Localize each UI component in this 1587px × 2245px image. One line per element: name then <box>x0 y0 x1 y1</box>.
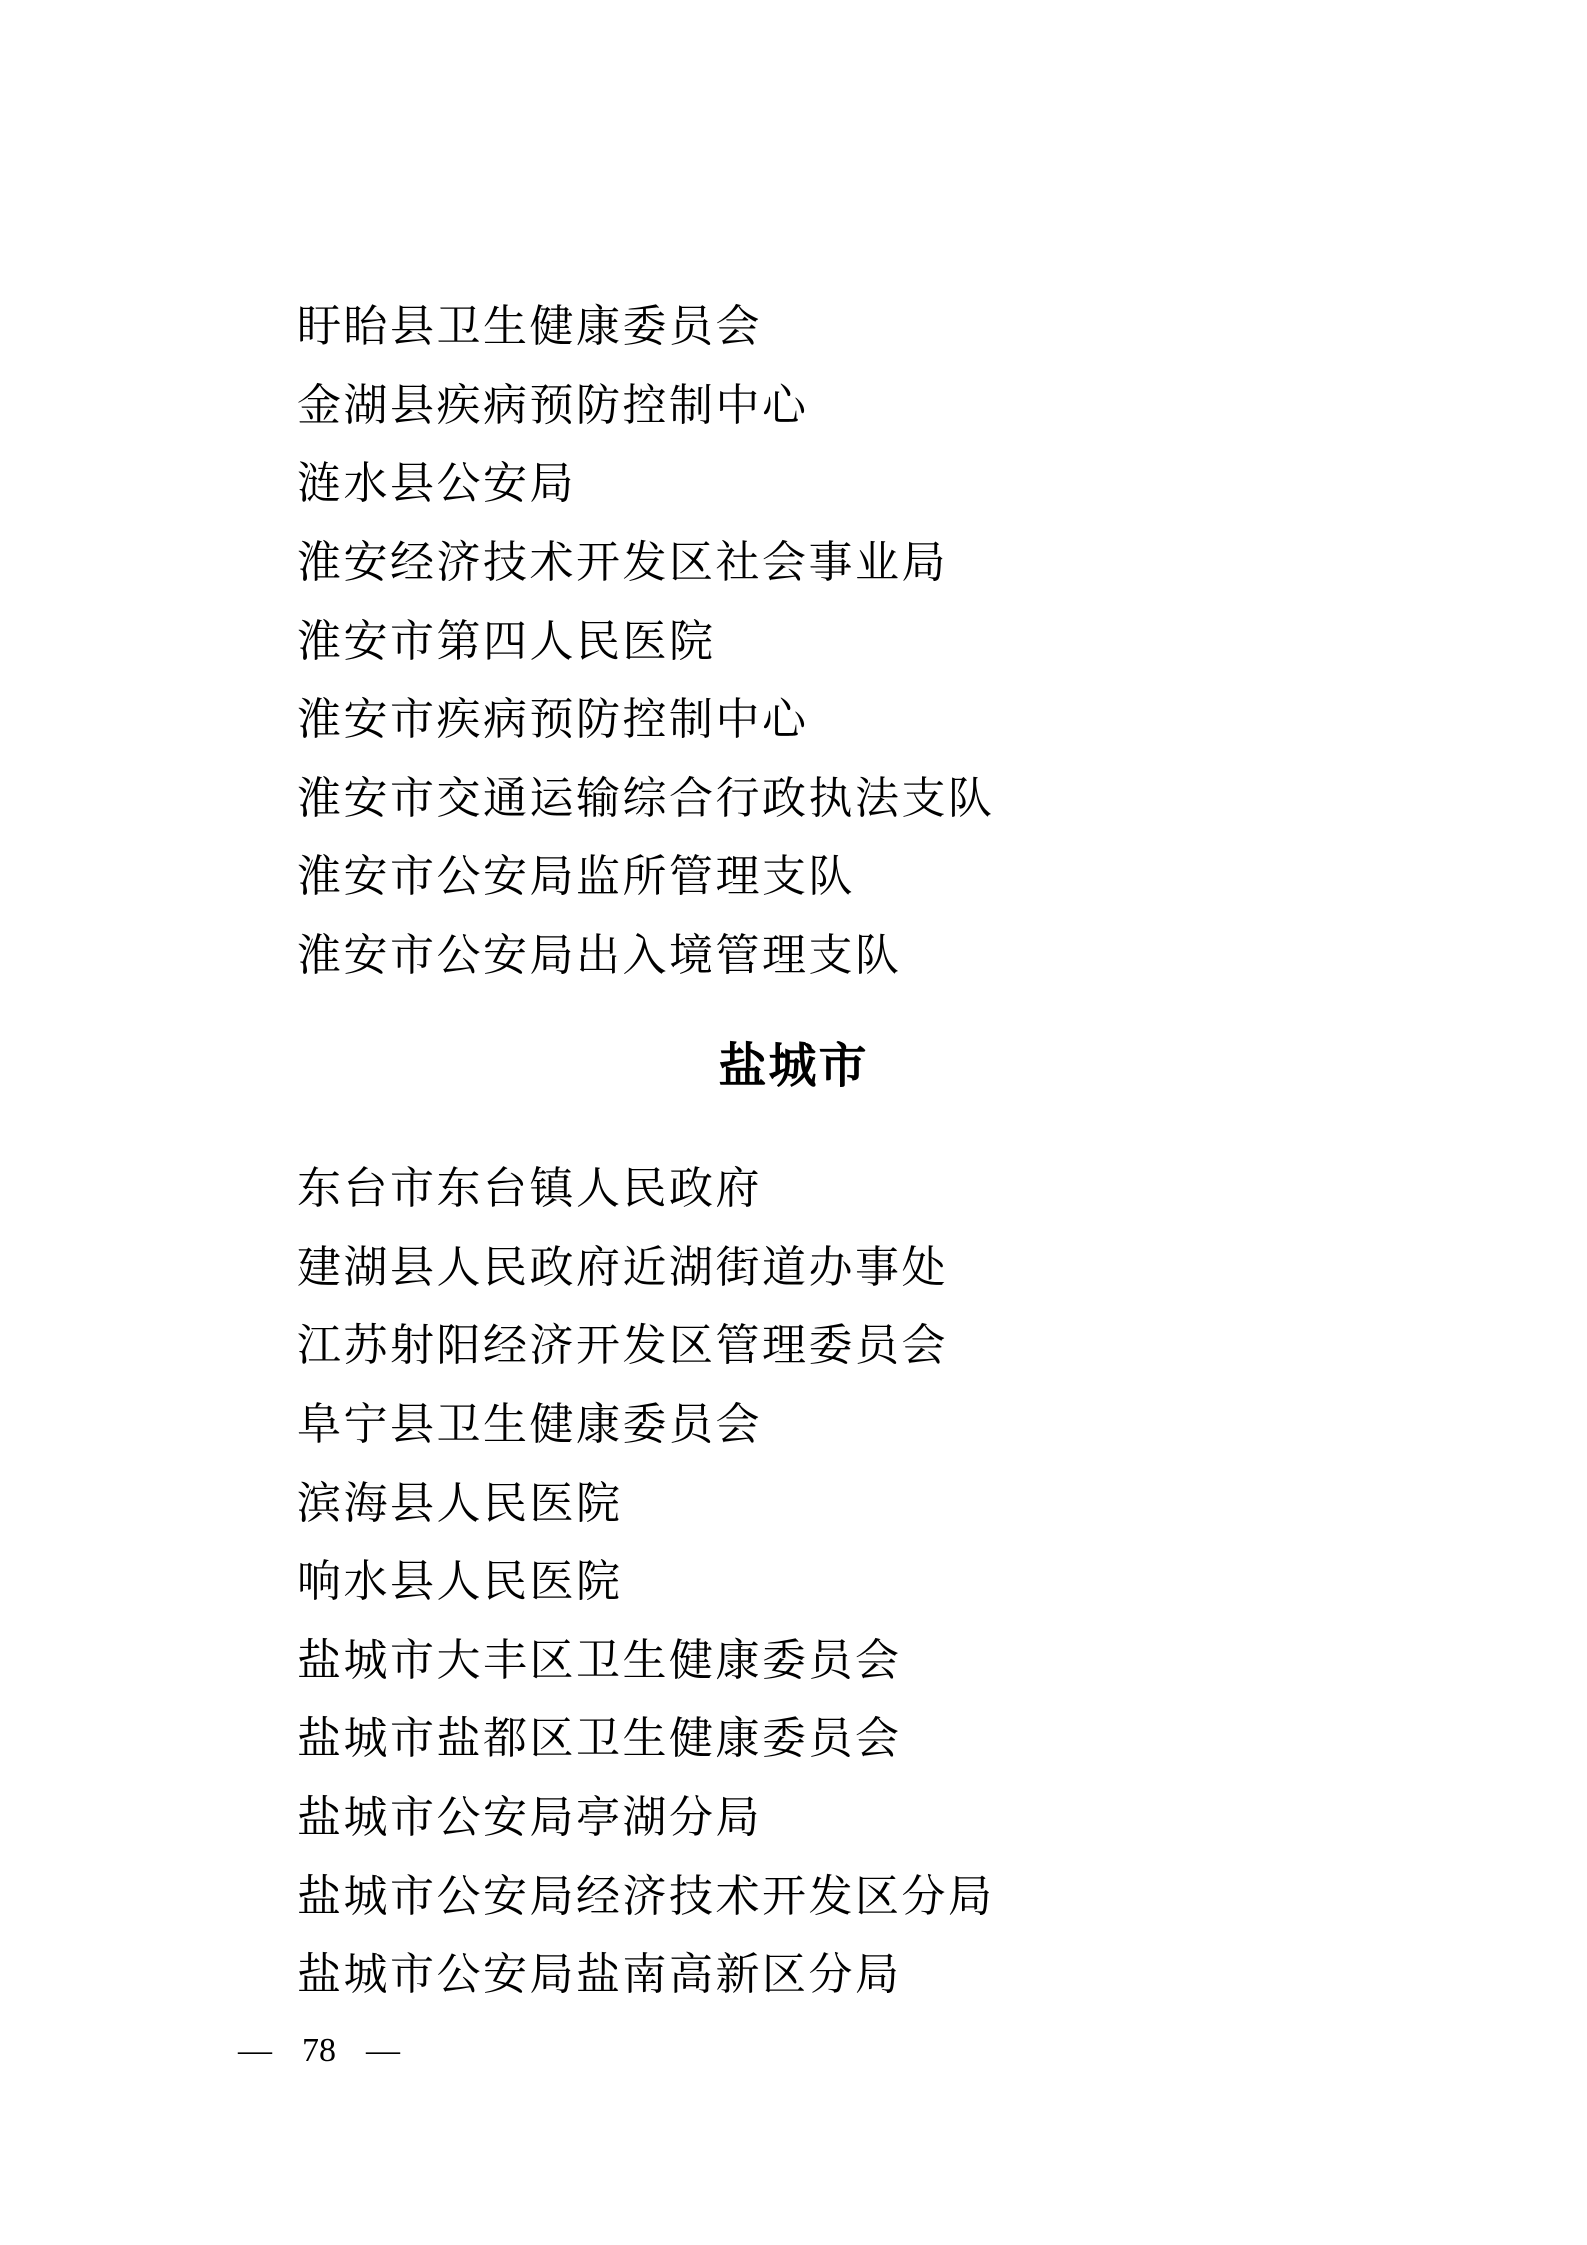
page-number: — 78 — <box>238 2032 400 2070</box>
list-item: 金湖县疾病预防控制中心 <box>0 362 1587 441</box>
list-item: 淮安市第四人民医院 <box>0 597 1587 676</box>
list-item: 淮安市疾病预防控制中心 <box>0 676 1587 755</box>
list-item: 盐城市公安局亭湖分局 <box>0 1774 1587 1853</box>
org-list-section-1: 盱眙县卫生健康委员会 金湖县疾病预防控制中心 涟水县公安局 淮安经济技术开发区社… <box>0 283 1587 990</box>
list-item: 建湖县人民政府近湖街道办事处 <box>0 1224 1587 1303</box>
org-list-section-2: 东台市东台镇人民政府 建湖县人民政府近湖街道办事处 江苏射阳经济开发区管理委员会… <box>0 1145 1587 2010</box>
document-page: 盱眙县卫生健康委员会 金湖县疾病预防控制中心 涟水县公安局 淮安经济技术开发区社… <box>0 0 1587 2245</box>
list-item: 江苏射阳经济开发区管理委员会 <box>0 1302 1587 1381</box>
list-item: 盐城市公安局经济技术开发区分局 <box>0 1852 1587 1931</box>
list-item: 响水县人民医院 <box>0 1538 1587 1617</box>
list-item: 淮安经济技术开发区社会事业局 <box>0 519 1587 598</box>
page-number-right-dash: — <box>366 2032 400 2070</box>
list-item: 滨海县人民医院 <box>0 1459 1587 1538</box>
list-item: 盱眙县卫生健康委员会 <box>0 283 1587 362</box>
list-item: 盐城市盐都区卫生健康委员会 <box>0 1695 1587 1774</box>
document-body: 盱眙县卫生健康委员会 金湖县疾病预防控制中心 涟水县公安局 淮安经济技术开发区社… <box>0 283 1587 2009</box>
list-item: 涟水县公安局 <box>0 440 1587 519</box>
page-number-value: 78 <box>302 2032 336 2070</box>
list-item: 淮安市交通运输综合行政执法支队 <box>0 755 1587 834</box>
list-item: 阜宁县卫生健康委员会 <box>0 1381 1587 1460</box>
list-item: 盐城市公安局盐南高新区分局 <box>0 1931 1587 2010</box>
list-item: 盐城市大丰区卫生健康委员会 <box>0 1617 1587 1696</box>
page-number-left-dash: — <box>238 2032 272 2070</box>
city-heading: 盐城市 <box>0 1028 1587 1107</box>
list-item: 淮安市公安局出入境管理支队 <box>0 912 1587 991</box>
list-item: 东台市东台镇人民政府 <box>0 1145 1587 1224</box>
list-item: 淮安市公安局监所管理支队 <box>0 833 1587 912</box>
